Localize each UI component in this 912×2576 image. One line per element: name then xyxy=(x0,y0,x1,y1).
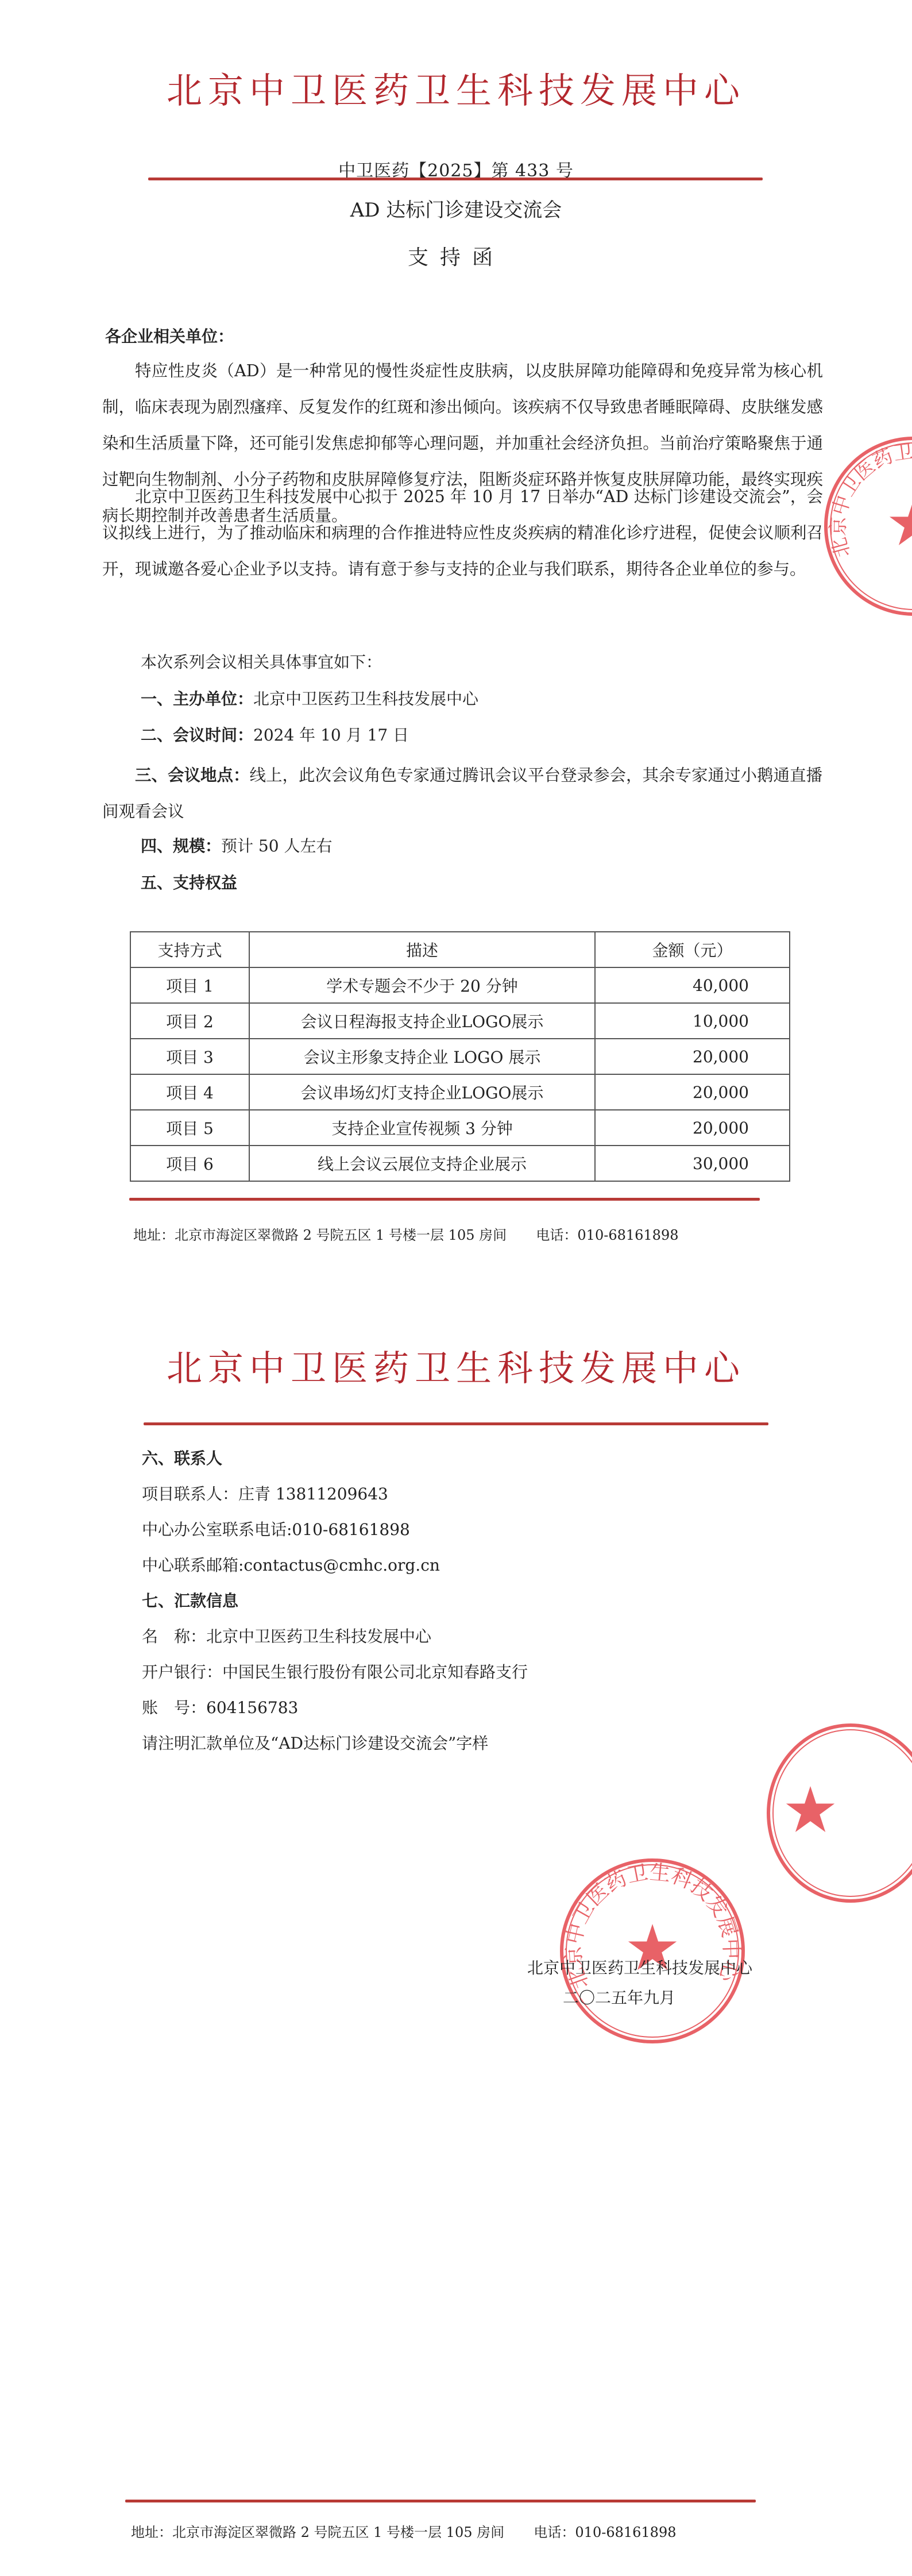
seal-text-ring: 北京中卫医药卫生科技发展中心 xyxy=(563,1862,741,2040)
cell-amount: 30,000 xyxy=(595,1146,790,1181)
cell-method: 项目 5 xyxy=(130,1110,249,1146)
header-red-rule xyxy=(148,178,763,180)
contact-person: 项目联系人：庄青 13811209643 xyxy=(142,1486,388,1503)
page1-org-title: 北京中卫医药卫生科技发展中心 xyxy=(0,62,912,113)
item-location: 三、会议地点：线上，此次会议角色专家通过腾讯会议平台登录参会，其余专家通过小鹅通… xyxy=(102,757,823,830)
remittance-note: 请注明汇款单位及“AD达标门诊建设交流会”字样 xyxy=(142,1735,488,1752)
item-benefits-heading: 五、支持权益 xyxy=(141,874,237,892)
cell-description: 会议串场幻灯支持企业LOGO展示 xyxy=(249,1074,595,1110)
cell-description: 会议主形象支持企业 LOGO 展示 xyxy=(249,1039,595,1074)
table-row: 项目 2 会议日程海报支持企业LOGO展示 10,000 xyxy=(130,1003,790,1039)
page1-footer-address: 地址：北京市海淀区翠微路 2 号院五区 1 号楼一层 105 房间 xyxy=(133,1227,507,1243)
seal-text-ring: 北京中卫医药卫生科技发展中心 xyxy=(828,440,912,612)
page1-footer: 地址：北京市海淀区翠微路 2 号院五区 1 号楼一层 105 房间 电话：010… xyxy=(133,1224,678,1244)
cell-method: 项目 1 xyxy=(130,967,249,1003)
page1-footer-red-rule xyxy=(129,1198,760,1201)
col-header-amount: 金额（元） xyxy=(595,932,790,967)
page2-footer-red-rule xyxy=(125,2500,756,2502)
item-organizer-label: 一、主办单位： xyxy=(141,689,253,708)
details-intro: 本次系列会议相关具体事宜如下： xyxy=(141,654,382,671)
cell-method: 项目 6 xyxy=(130,1146,249,1181)
bank-name: 开户银行：中国民生银行股份有限公司北京知春路支行 xyxy=(142,1664,528,1681)
page1-footer-phone: 电话：010-68161898 xyxy=(536,1227,678,1243)
seal-star-icon: ★ xyxy=(782,1779,839,1842)
page2-footer: 地址：北京市海淀区翠微路 2 号院五区 1 号楼一层 105 房间 电话：010… xyxy=(131,2521,676,2541)
official-seal-signature: ★ 北京中卫医药卫生科技发展中心 xyxy=(560,1858,745,2043)
item-scale-value: 预计 50 人左右 xyxy=(221,836,332,855)
cell-amount: 40,000 xyxy=(595,967,790,1003)
item-scale-label: 四、规模： xyxy=(141,836,221,855)
page2-footer-phone: 电话：010-68161898 xyxy=(534,2524,676,2540)
table-row: 项目 6 线上会议云展位支持企业展示 30,000 xyxy=(130,1146,790,1181)
account-number: 账 号：604156783 xyxy=(142,1699,298,1717)
item-time-value: 2024 年 10 月 17 日 xyxy=(253,726,409,745)
official-seal-page1: ★ 北京中卫医药卫生科技发展中心 xyxy=(824,437,912,616)
signature-date: 二〇二五年九月 xyxy=(563,1985,675,2008)
cell-description: 支持企业宣传视频 3 分钟 xyxy=(249,1110,595,1146)
salutation: 各企业相关单位： xyxy=(105,328,234,345)
cell-amount: 20,000 xyxy=(595,1074,790,1110)
office-phone: 中心办公室联系电话:010-68161898 xyxy=(142,1521,410,1538)
page2-org-title: 北京中卫医药卫生科技发展中心 xyxy=(0,1340,912,1391)
item-organizer: 一、主办单位：北京中卫医药卫生科技发展中心 xyxy=(141,691,478,708)
account-name: 名 称：北京中卫医药卫生科技发展中心 xyxy=(142,1628,431,1645)
cell-amount: 20,000 xyxy=(595,1110,790,1146)
item-time-label: 二、会议时间： xyxy=(141,726,253,745)
page2-footer-address: 地址：北京市海淀区翠微路 2 号院五区 1 号楼一层 105 房间 xyxy=(131,2524,504,2540)
signature-org: 北京中卫医药卫生科技发展中心 xyxy=(527,1956,752,1979)
cell-description: 线上会议云展位支持企业展示 xyxy=(249,1146,595,1181)
item-organizer-value: 北京中卫医药卫生科技发展中心 xyxy=(253,689,478,708)
item-location-label: 三、会议地点： xyxy=(135,765,250,785)
contact-heading: 六、联系人 xyxy=(142,1450,222,1467)
table-row: 项目 5 支持企业宣传视频 3 分钟 20,000 xyxy=(130,1110,790,1146)
table-row: 项目 4 会议串场幻灯支持企业LOGO展示 20,000 xyxy=(130,1074,790,1110)
item-scale: 四、规模：预计 50 人左右 xyxy=(141,838,332,855)
letter-type: 支持函 xyxy=(0,241,912,271)
invitation-paragraph: 北京中卫医药卫生科技发展中心拟于 2025 年 10 月 17 日举办“AD 达… xyxy=(102,479,823,587)
svg-text:北京中卫医药卫生科技发展中心: 北京中卫医药卫生科技发展中心 xyxy=(828,440,912,561)
cell-method: 项目 4 xyxy=(130,1074,249,1110)
cell-amount: 10,000 xyxy=(595,1003,790,1039)
col-header-description: 描述 xyxy=(249,932,595,967)
meeting-subject: AD 达标门诊建设交流会 xyxy=(0,194,912,222)
col-header-method: 支持方式 xyxy=(130,932,249,967)
table-header-row: 支持方式 描述 金额（元） xyxy=(130,932,790,967)
remittance-heading: 七、汇款信息 xyxy=(142,1592,238,1610)
cell-description: 会议日程海报支持企业LOGO展示 xyxy=(249,1003,595,1039)
table-row: 项目 3 会议主形象支持企业 LOGO 展示 20,000 xyxy=(130,1039,790,1074)
cell-method: 项目 2 xyxy=(130,1003,249,1039)
cell-amount: 20,000 xyxy=(595,1039,790,1074)
cell-method: 项目 3 xyxy=(130,1039,249,1074)
table-row: 项目 1 学术专题会不少于 20 分钟 40,000 xyxy=(130,967,790,1003)
support-benefits-table: 支持方式 描述 金额（元） 项目 1 学术专题会不少于 20 分钟 40,000… xyxy=(130,931,790,1182)
official-seal-partial: ★ xyxy=(767,1723,912,1903)
item-time: 二、会议时间：2024 年 10 月 17 日 xyxy=(141,727,409,744)
cell-description: 学术专题会不少于 20 分钟 xyxy=(249,967,595,1003)
page2-header-red-rule xyxy=(144,1422,768,1425)
contact-email: 中心联系邮箱:contactus@cmhc.org.cn xyxy=(142,1557,440,1574)
